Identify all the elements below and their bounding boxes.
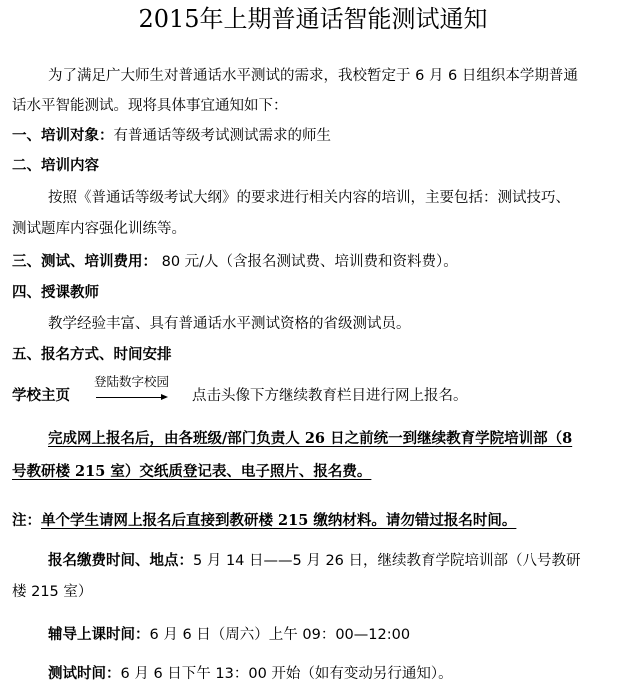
section-3-text: 80 元/人（含报名测试费、培训费和资料费）。	[157, 254, 458, 270]
section-1-heading: 一、培训对象：	[12, 128, 114, 144]
notice-line-1: 完成网上报名后，由各班级/部门负责人 26 日之前统一到继续教育学院培训部（8	[48, 429, 572, 449]
section-2-body-line-2: 测试题库内容强化训练等。	[12, 219, 186, 239]
section-4-body: 教学经验丰富、具有普通话水平测试资格的省级测试员。	[48, 314, 411, 334]
notice-line-2: 号教研楼 215 室）交纸质登记表、电子照片、报名费。	[12, 462, 371, 482]
section-4-heading: 四、授课教师	[12, 283, 99, 303]
section-1-text: 有普通话等级考试测试需求的师生	[114, 128, 332, 144]
note-text: 单个学生请网上报名后直接到教研楼 215 缴纳材料。请勿错过报名时间。	[41, 512, 516, 529]
schedule-test-value: 6 月 6 日下午 13：00 开始（如有变动另行通知）。	[121, 666, 453, 682]
schedule-registration-value: 5 月 14 日——5 月 26 日，继续教育学院培训部（八号教研	[193, 553, 581, 569]
schedule-test-label: 测试时间：	[48, 666, 121, 682]
schedule-class-value: 6 月 6 日（周六）上午 09：00—12:00	[150, 627, 411, 643]
schedule-test: 测试时间：6 月 6 日下午 13：00 开始（如有变动另行通知）。	[48, 664, 453, 684]
section-5-heading: 五、报名方式、时间安排	[12, 345, 172, 365]
intro-line-1: 为了满足广大师生对普通话水平测试的需求，我校暂定于 6 月 6 日组织本学期普通	[48, 66, 578, 86]
section-3-heading: 测试、培训费用：	[41, 254, 157, 270]
section-2-body-line-1: 按照《普通话等级考试大纲》的要求进行相关内容的培训，主要包括：测试技巧、	[48, 188, 570, 208]
note-label: 注：	[12, 512, 41, 529]
schedule-registration: 报名缴费时间、地点：5 月 14 日——5 月 26 日，继续教育学院培训部（八…	[48, 551, 581, 571]
schedule-registration-line-2: 楼 215 室）	[12, 582, 92, 602]
flow-end-text: 点击头像下方继续教育栏目进行网上报名。	[192, 386, 468, 406]
section-3: 三、测试、培训费用： 80 元/人（含报名测试费、培训费和资料费）。	[12, 252, 458, 272]
intro-line-2: 话水平智能测试。现将具体事宜通知如下：	[12, 96, 288, 116]
note: 注：单个学生请网上报名后直接到教研楼 215 缴纳材料。请勿错过报名时间。	[12, 511, 516, 531]
flow-arrow-label: 登陆数字校园	[94, 372, 169, 390]
flow-start-label: 学校主页	[12, 386, 70, 406]
section-3-prefix: 三、	[12, 254, 41, 270]
section-2-heading: 二、培训内容	[12, 156, 99, 176]
section-1: 一、培训对象：有普通话等级考试测试需求的师生	[12, 126, 331, 146]
schedule-class: 辅导上课时间：6 月 6 日（周六）上午 09：00—12:00	[48, 625, 410, 645]
schedule-registration-label: 报名缴费时间、地点：	[48, 553, 193, 569]
arrow-right-icon	[96, 397, 166, 398]
schedule-class-label: 辅导上课时间：	[48, 627, 150, 643]
document-title: 2015年上期普通话智能测试通知	[0, 4, 626, 34]
